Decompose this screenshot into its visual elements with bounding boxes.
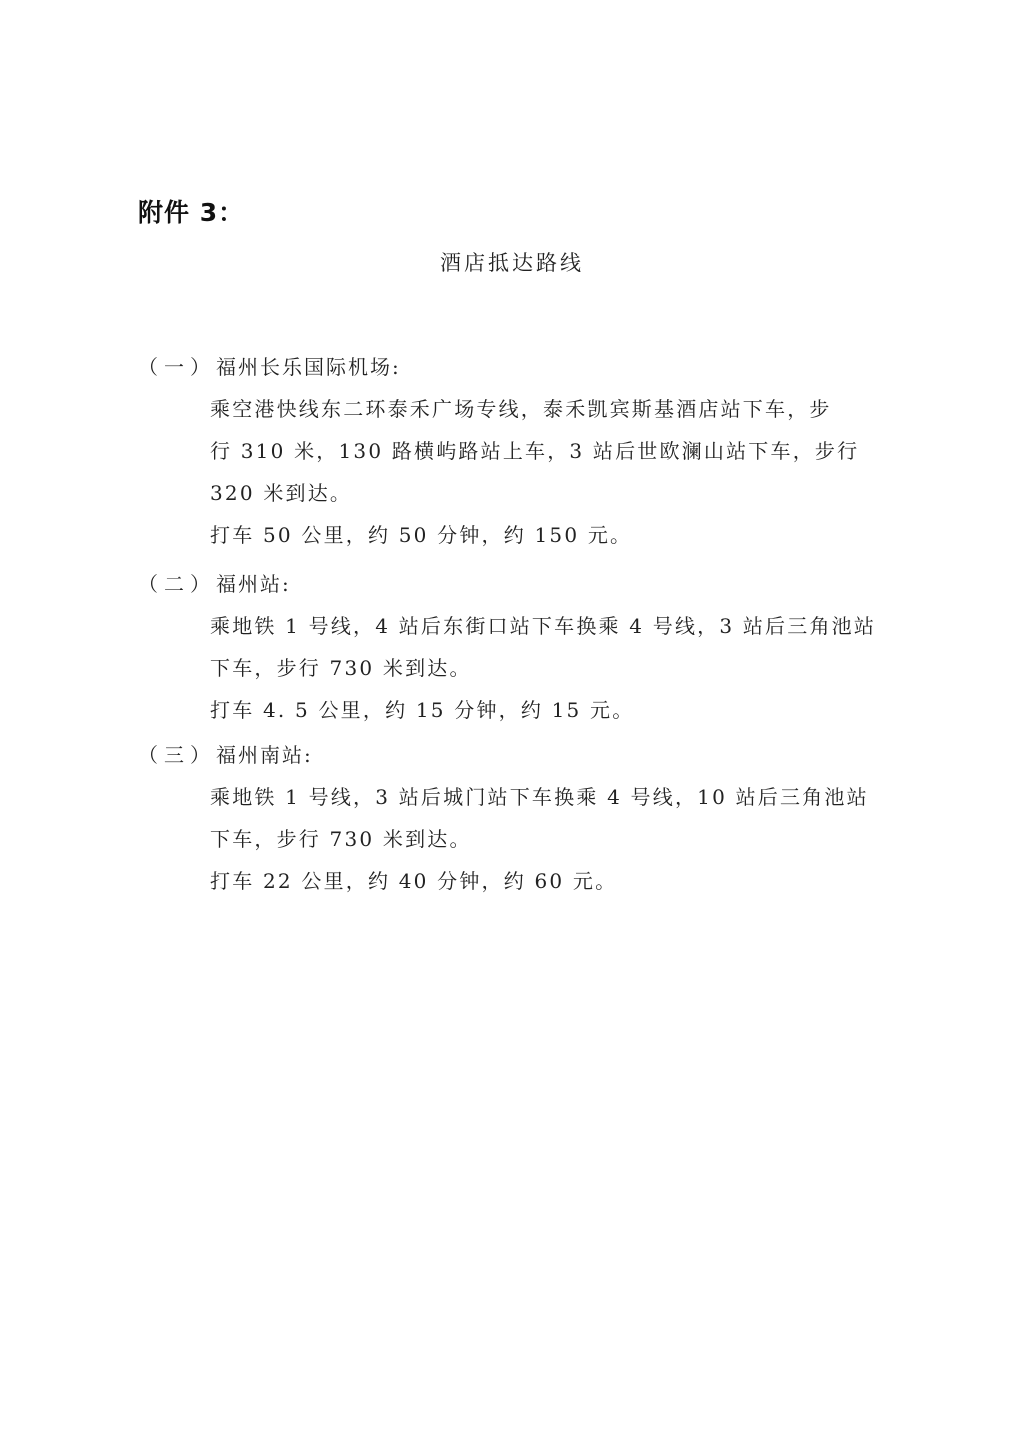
section-fuzhou-station: （二）福州站: 乘地铁 1 号线，4 站后东街口站下车换乘 4 号线，3 站后三… — [138, 563, 898, 731]
taxi-info: 打车 50 公里，约 50 分钟，约 150 元。 — [210, 514, 890, 556]
taxi-info: 打车 22 公里，约 40 分钟，约 60 元。 — [210, 860, 890, 902]
document-title: 酒店抵达路线 — [0, 247, 1024, 277]
attachment-label: 附件 3： — [138, 193, 244, 229]
route-line: 行 310 米，130 路横屿路站上车，3 站后世欧澜山站下车，步行 — [210, 430, 890, 472]
section-airport: （一）福州长乐国际机场: 乘空港快线东二环泰禾广场专线，泰禾凯宾斯基酒店站下车，… — [138, 346, 898, 556]
section-number: （二） — [138, 572, 216, 596]
taxi-info: 打车 4. 5 公里，约 15 分钟，约 15 元。 — [210, 689, 890, 731]
route-line: 下车，步行 730 米到达。 — [210, 647, 890, 689]
section-number: （一） — [138, 355, 216, 379]
section-title: 福州站: — [216, 572, 291, 596]
section-number: （三） — [138, 743, 216, 767]
route-line: 320 米到达。 — [210, 472, 890, 514]
section-heading: （一）福州长乐国际机场: — [138, 346, 898, 388]
route-line: 乘地铁 1 号线，4 站后东街口站下车换乘 4 号线，3 站后三角池站 — [210, 605, 890, 647]
section-heading: （三）福州南站: — [138, 734, 898, 776]
section-title: 福州长乐国际机场: — [216, 355, 401, 379]
route-line: 下车，步行 730 米到达。 — [210, 818, 890, 860]
route-line: 乘地铁 1 号线，3 站后城门站下车换乘 4 号线，10 站后三角池站 — [210, 776, 890, 818]
section-title: 福州南站: — [216, 743, 313, 767]
section-heading: （二）福州站: — [138, 563, 898, 605]
section-fuzhou-south-station: （三）福州南站: 乘地铁 1 号线，3 站后城门站下车换乘 4 号线，10 站后… — [138, 734, 898, 902]
route-line: 乘空港快线东二环泰禾广场专线，泰禾凯宾斯基酒店站下车，步 — [210, 388, 890, 430]
